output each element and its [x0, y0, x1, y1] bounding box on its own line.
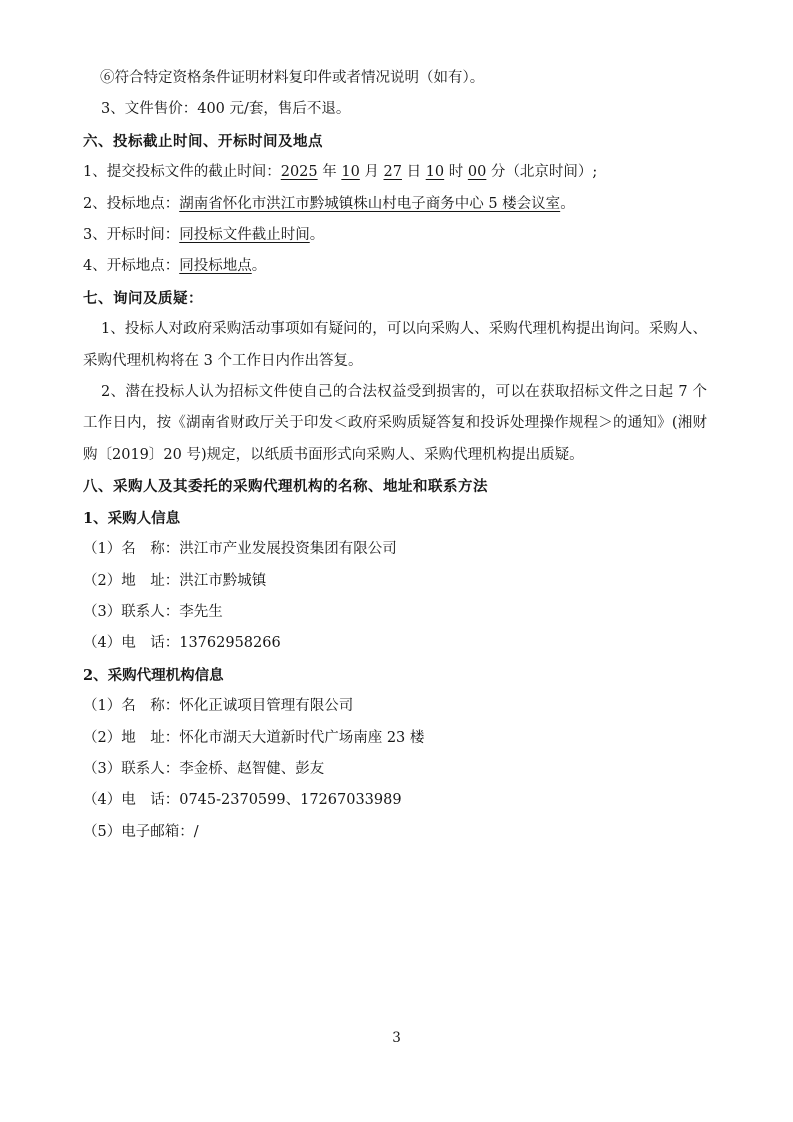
- opening-location-line: 4、开标地点：同投标地点。: [83, 251, 707, 282]
- deadline-month-value: 10: [341, 164, 359, 180]
- opening-location-value: 同投标地点: [179, 258, 252, 274]
- agency-email-line: （5）电子邮箱：/: [83, 817, 707, 848]
- agency-info-heading: 2、采购代理机构信息: [83, 660, 707, 691]
- section-6-heading: 六、投标截止时间、开标时间及地点: [83, 126, 707, 157]
- deadline-hour-value: 10: [426, 164, 444, 180]
- deadline-minute-value: 00: [468, 164, 486, 180]
- document-price-line: 3、文件售价：400 元/套，售后不退。: [83, 94, 707, 125]
- opening-time-line: 3、开标时间：同投标文件截止时间。: [83, 220, 707, 251]
- deadline-day-unit: 日: [402, 164, 426, 180]
- purchaser-name-line: （1）名 称：洪江市产业发展投资集团有限公司: [83, 534, 707, 565]
- document-page: ⑥符合特定资格条件证明材料复印件或者情况说明（如有）。 3、文件售价：400 元…: [0, 0, 793, 1122]
- inquiry-paragraph: 1、投标人对政府采购活动事项如有疑问的，可以向采购人、采购代理机构提出询问。采购…: [83, 314, 707, 377]
- opening-location-label: 4、开标地点：: [83, 258, 179, 274]
- agency-phone-line: （4）电 话：0745-2370599、17267033989: [83, 785, 707, 816]
- opening-time-period: 。: [310, 227, 325, 243]
- opening-time-value: 同投标文件截止时间: [179, 227, 310, 243]
- agency-name-line: （1）名 称：怀化正诚项目管理有限公司: [83, 691, 707, 722]
- opening-location-period: 。: [252, 258, 267, 274]
- qualification-note-line: ⑥符合特定资格条件证明材料复印件或者情况说明（如有）。: [83, 63, 707, 94]
- purchaser-phone-line: （4）电 话：13762958266: [83, 628, 707, 659]
- purchaser-info-heading: 1、采购人信息: [83, 503, 707, 534]
- purchaser-contact-line: （3）联系人：李先生: [83, 597, 707, 628]
- deadline-year-unit: 年: [318, 164, 342, 180]
- deadline-day-value: 27: [384, 164, 402, 180]
- bid-deadline-line: 1、提交投标文件的截止时间：2025 年 10 月 27 日 10 时 00 分…: [83, 157, 707, 188]
- opening-time-label: 3、开标时间：: [83, 227, 179, 243]
- deadline-timezone-note: （北京时间）;: [505, 164, 597, 180]
- deadline-year-value: 2025: [281, 164, 318, 180]
- document-body: ⑥符合特定资格条件证明材料复印件或者情况说明（如有）。 3、文件售价：400 元…: [83, 63, 707, 848]
- deadline-month-unit: 月: [360, 164, 384, 180]
- bid-location-line: 2、投标地点：湖南省怀化市洪江市黔城镇株山村电子商务中心 5 楼会议室。: [83, 189, 707, 220]
- deadline-minute-unit: 分: [486, 164, 505, 180]
- bid-location-period: 。: [560, 196, 575, 212]
- section-7-heading: 七、询问及质疑：: [83, 283, 707, 314]
- challenge-paragraph: 2、潜在投标人认为招标文件使自己的合法权益受到损害的，可以在获取招标文件之日起 …: [83, 377, 707, 471]
- bid-location-label: 2、投标地点：: [83, 196, 179, 212]
- section-8-heading: 八、采购人及其委托的采购代理机构的名称、地址和联系方法: [83, 471, 707, 502]
- purchaser-address-line: （2）地 址：洪江市黔城镇: [83, 566, 707, 597]
- page-number: 3: [0, 1030, 793, 1046]
- bid-deadline-label: 1、提交投标文件的截止时间：: [83, 164, 281, 180]
- bid-location-value: 湖南省怀化市洪江市黔城镇株山村电子商务中心 5 楼会议室: [179, 196, 560, 212]
- agency-contact-line: （3）联系人：李金桥、赵智健、彭友: [83, 754, 707, 785]
- agency-address-line: （2）地 址：怀化市湖天大道新时代广场南座 23 楼: [83, 723, 707, 754]
- deadline-hour-unit: 时: [444, 164, 468, 180]
